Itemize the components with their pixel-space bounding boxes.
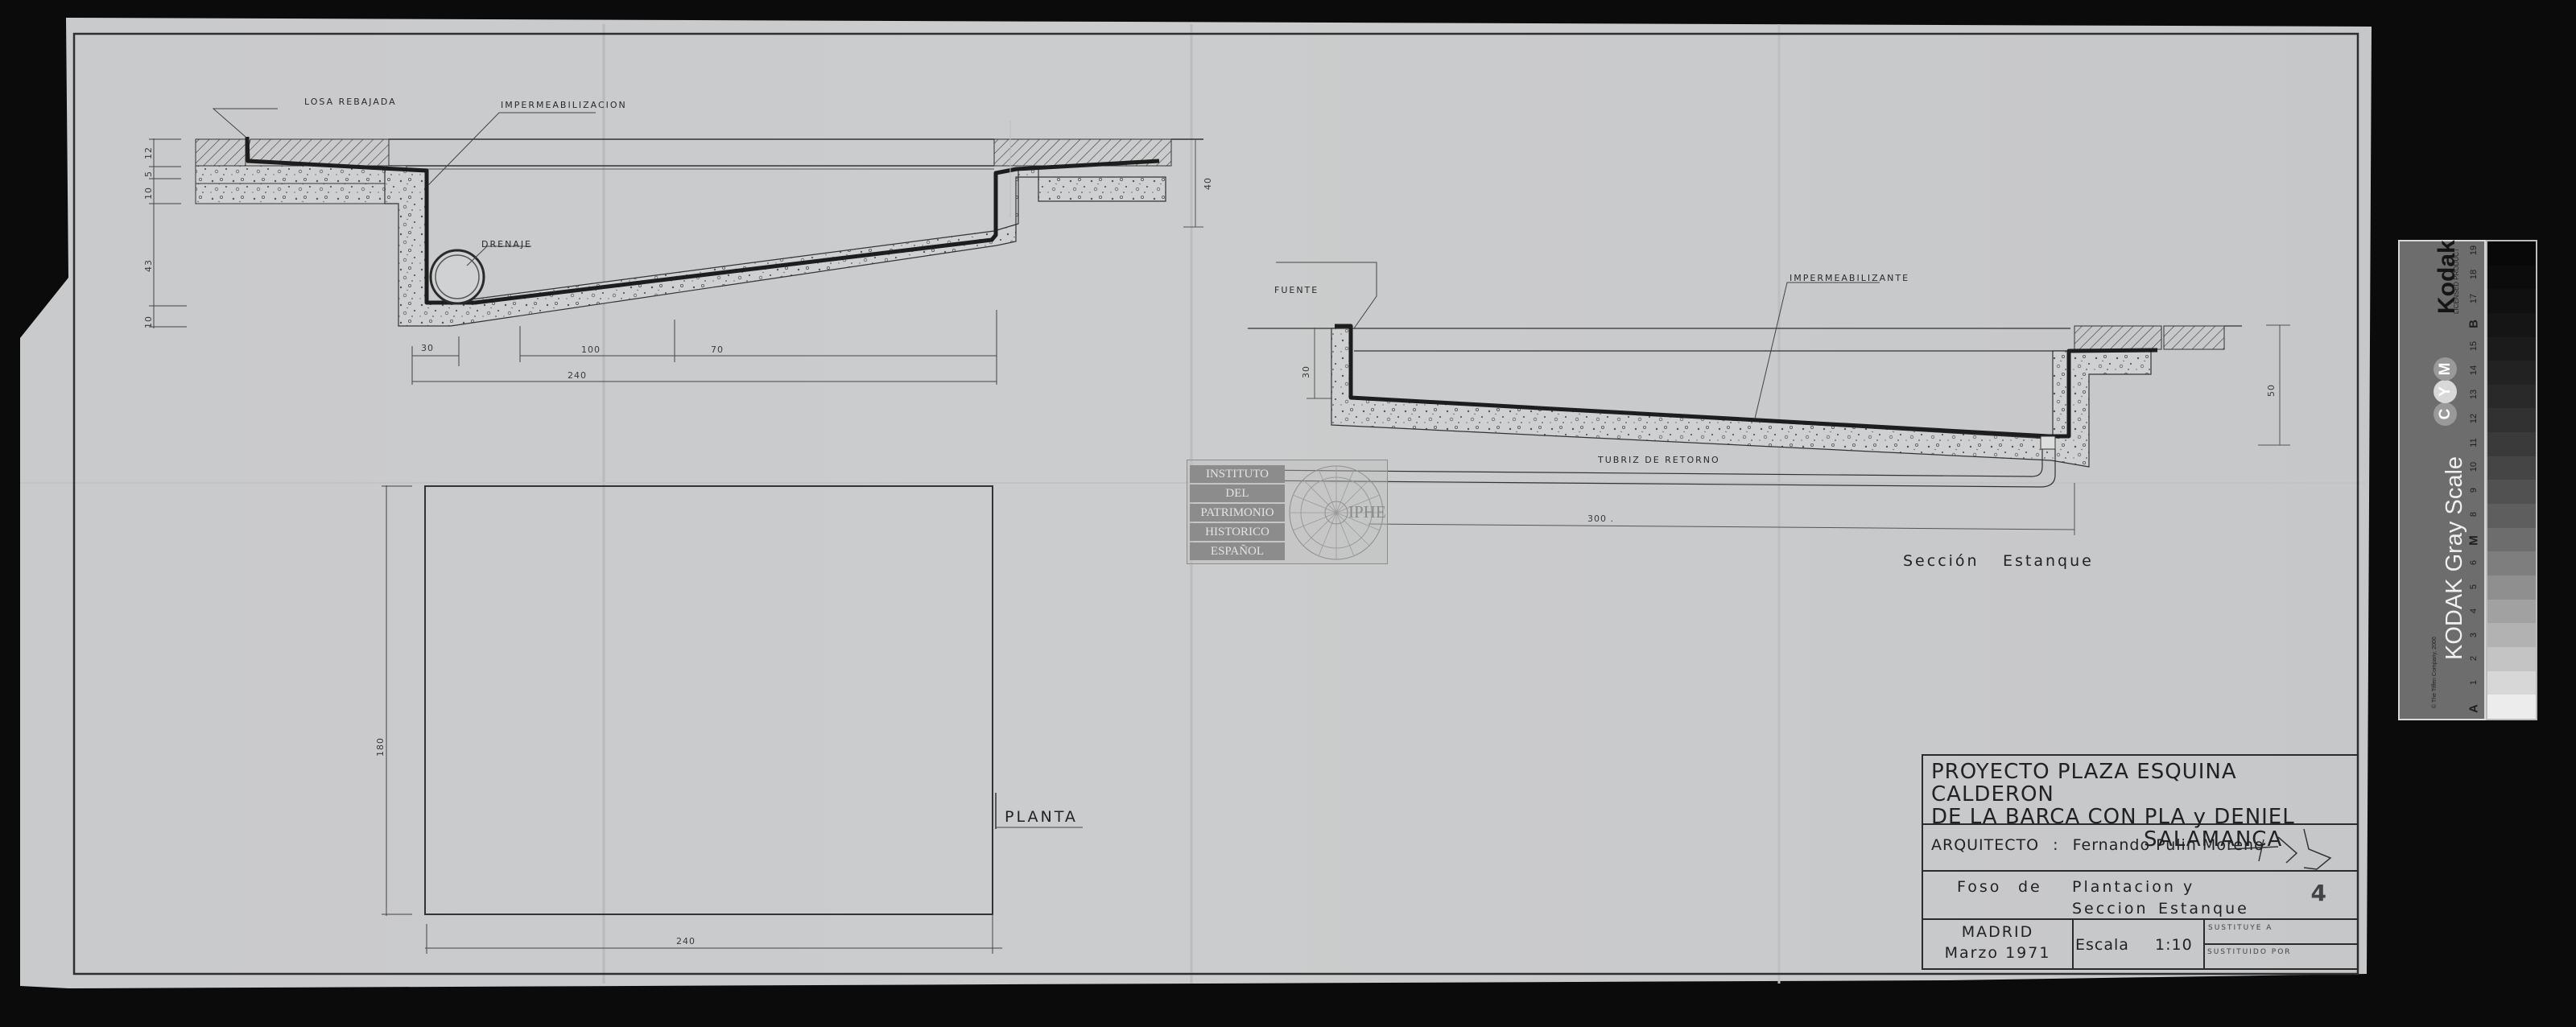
desc-estanque: Estanque xyxy=(2158,900,2249,918)
scale-label: 8 xyxy=(2469,505,2479,524)
gray-patch xyxy=(2487,456,2536,481)
kodak-licensed: LICENSED PRODUCT xyxy=(2453,248,2460,314)
scale-label: 3 xyxy=(2469,625,2479,645)
desc-foso: Foso xyxy=(1957,878,2001,896)
gray-patch xyxy=(2487,361,2536,385)
scale-label: 18 xyxy=(2469,265,2479,284)
label-fuente: FUENTE xyxy=(1274,285,1319,295)
kodak-copyright: © The Tiffen Company, 2000 xyxy=(2432,637,2438,708)
scale-cell: Escala 1:10 xyxy=(2072,920,2205,968)
scale-label: 5 xyxy=(2469,577,2479,596)
scale-label: B xyxy=(2467,315,2481,334)
scale-label: 2 xyxy=(2469,649,2479,668)
stamp-names: INSTITUTO DEL PATRIMONIO HISTORICO ESPAÑ… xyxy=(1190,465,1285,562)
stamp-line: INSTITUTO xyxy=(1190,465,1285,483)
gray-patch xyxy=(2487,695,2536,719)
dim-300: 300 . xyxy=(1587,513,1614,524)
scale-label: 19 xyxy=(2469,241,2479,260)
dim-10b: 10 xyxy=(143,316,154,328)
dim-10: 10 xyxy=(143,187,154,200)
scale-label: 1 xyxy=(2469,673,2479,692)
stamp-line: PATRIMONIO xyxy=(1190,504,1285,522)
scale-label: 4 xyxy=(2469,601,2479,621)
gray-patch xyxy=(2487,432,2536,456)
caption-seccion: Sección xyxy=(1903,552,1979,570)
replaced-by-label: SUSTITUIDO POR xyxy=(2207,948,2292,956)
desc-plantacion: Plantacion y xyxy=(2072,878,2194,896)
gray-patch xyxy=(2487,528,2536,552)
gray-patch xyxy=(2487,480,2536,504)
label-tubriz-retorno: TUBRIZ DE RETORNO xyxy=(1598,455,1720,465)
architect-row: ARQUITECTO : Fernando Pulin Moreno xyxy=(1923,825,2357,872)
gray-patch xyxy=(2487,408,2536,432)
gray-patch xyxy=(2487,504,2536,528)
label-impermeabilizacion: IMPERMEABILIZACION xyxy=(501,100,627,110)
gray-patch xyxy=(2487,671,2536,695)
gray-patch xyxy=(2487,623,2536,647)
cym-m-icon: M xyxy=(2434,357,2457,381)
desc-seccion: Seccion xyxy=(2072,900,2149,918)
gray-patch xyxy=(2487,337,2536,361)
replaces-label: SUSTITUYE A xyxy=(2208,924,2273,932)
architect-label: ARQUITECTO xyxy=(1931,836,2039,854)
label-losa-rebajada: LOSA REBAJADA xyxy=(304,97,397,107)
project-title: PROYECTO PLAZA ESQUINA CALDERON DE LA BA… xyxy=(1923,756,2357,825)
dim-240-planta: 240 xyxy=(676,936,696,947)
gray-patches xyxy=(2486,240,2537,720)
sheet-number: 4 xyxy=(2311,880,2326,906)
scale-label: 12 xyxy=(2469,409,2479,428)
blueprint-sheet: LOSA REBAJADA IMPERMEABILIZACION DRENAJE… xyxy=(0,0,2576,1027)
scale-label: 10 xyxy=(2469,457,2479,476)
city: MADRID xyxy=(1923,923,2072,941)
title-block-footer: MADRID Marzo 1971 Escala 1:10 SUSTITUYE … xyxy=(1923,920,2357,968)
dim-40: 40 xyxy=(1203,177,1213,190)
dim-240: 240 xyxy=(568,370,587,381)
scale-label: 17 xyxy=(2469,289,2479,308)
dim-30-estanque: 30 xyxy=(1301,365,1311,378)
gray-patch xyxy=(2487,289,2536,313)
dim-43: 43 xyxy=(143,259,154,272)
scale-label: 9 xyxy=(2469,481,2479,500)
gray-patch xyxy=(2487,385,2536,409)
dim-70: 70 xyxy=(711,344,724,355)
dim-100: 100 xyxy=(581,344,601,355)
scale-label: 14 xyxy=(2469,361,2479,380)
kodak-gray-scale-card: Kodak LICENSED PRODUCT C Y M KODAK Gray … xyxy=(2398,240,2541,720)
scale-label: 6 xyxy=(2469,553,2479,572)
date: Marzo 1971 xyxy=(1923,944,2072,962)
caption-estanque: Estanque xyxy=(2003,552,2094,570)
dim-50-estanque: 50 xyxy=(2266,384,2277,397)
architect-name: Fernando Pulin Moreno xyxy=(2073,836,2264,854)
desc-de: de xyxy=(2018,878,2042,896)
stamp-line: HISTORICO xyxy=(1190,523,1285,541)
iphe-stamp: INSTITUTO DEL PATRIMONIO HISTORICO ESPAÑ… xyxy=(1187,460,1388,564)
scale-label: 13 xyxy=(2469,385,2479,404)
scale-label: 15 xyxy=(2469,336,2479,356)
substitution-cell: SUSTITUYE A SUSTITUIDO POR xyxy=(2203,920,2357,968)
scale-label: M xyxy=(2467,531,2481,551)
stamp-acronym: IPHE xyxy=(1348,502,1386,522)
gray-patch xyxy=(2487,575,2536,600)
gray-patch xyxy=(2487,313,2536,337)
cym-c-icon: C xyxy=(2434,402,2457,426)
kodak-gray-scale-title: KODAK Gray Scale xyxy=(2442,456,2468,660)
stamp-line: ESPAÑOL xyxy=(1190,542,1285,560)
sheet-description: Foso de Plantacion y Seccion Estanque 4 xyxy=(1923,872,2357,920)
gray-patch xyxy=(2487,647,2536,671)
gray-patch xyxy=(2487,241,2536,266)
label-drenaje: DRENAJE xyxy=(481,239,532,250)
title-block: PROYECTO PLAZA ESQUINA CALDERON DE LA BA… xyxy=(1922,754,2359,970)
project-line-1: PROYECTO PLAZA ESQUINA CALDERON xyxy=(1931,761,2349,806)
gray-patch xyxy=(2487,551,2536,575)
stamp-line: DEL xyxy=(1190,485,1285,502)
scale-label: 11 xyxy=(2469,433,2479,452)
label-impermeabilizante: IMPERMEABILIZANTE xyxy=(1790,273,1909,283)
dim-5: 5 xyxy=(143,171,154,177)
dim-12: 12 xyxy=(143,146,154,159)
scale-label: A xyxy=(2467,699,2481,719)
dim-180: 180 xyxy=(375,737,386,757)
scale-value: 1:10 xyxy=(2155,936,2193,954)
dim-30: 30 xyxy=(421,343,434,353)
scale-label: Escala xyxy=(2075,936,2129,954)
cym-y-icon: Y xyxy=(2434,380,2457,403)
gray-patch xyxy=(2487,266,2536,290)
place-date: MADRID Marzo 1971 xyxy=(1923,920,2074,968)
gray-patch xyxy=(2487,600,2536,624)
caption-planta: PLANTA xyxy=(1005,808,1078,826)
